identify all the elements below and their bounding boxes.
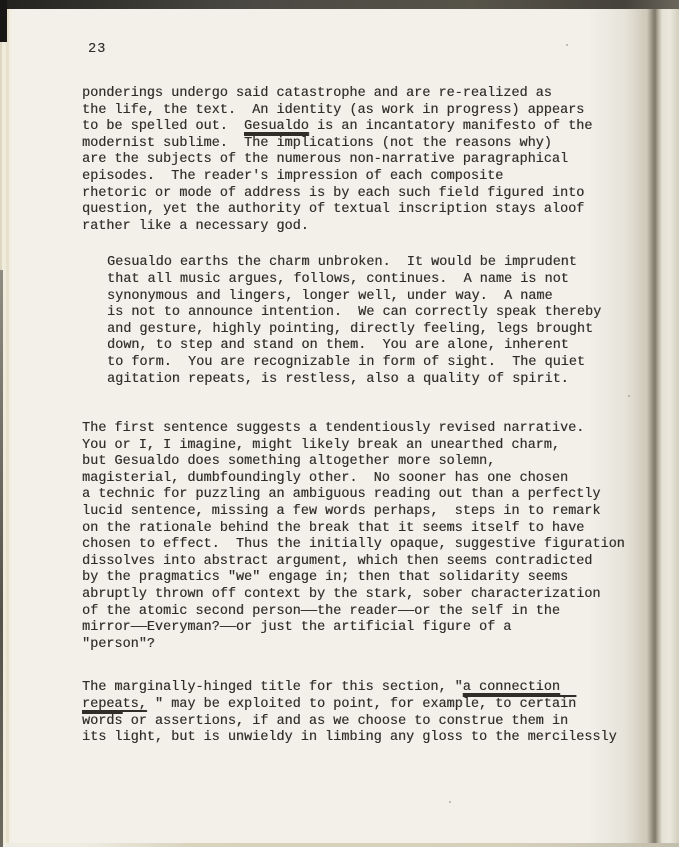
text-segment: chosen to effect. Thus the initially opa…	[82, 537, 625, 552]
page-bottom-edge	[0, 843, 679, 847]
text-line: question, yet the authority of textual i…	[82, 202, 630, 219]
text-segment: The marginally-hinged title for this sec…	[82, 680, 463, 695]
text-line: down, to step and stand on them. You are…	[107, 338, 630, 355]
text-line: and gesture, highly pointing, directly f…	[107, 322, 630, 339]
overlined-text: words	[82, 714, 123, 729]
text-line: by the pragmatics "we" engage in; then t…	[82, 570, 630, 587]
text-segment: by the pragmatics "we" engage in; then t…	[82, 570, 568, 585]
text-line: abruptly thrown off context by the stark…	[82, 587, 630, 604]
text-line: mirror——Everyman?——or just the artificia…	[82, 620, 630, 637]
text-line: words or assertions, if and as we choose…	[82, 714, 630, 731]
text-line: rhetoric or mode of address is by each s…	[82, 186, 630, 203]
text-segment: down, to step and stand on them. You are…	[107, 338, 569, 353]
text-line: episodes. The reader's impression of eac…	[82, 169, 630, 186]
page-number: 23	[88, 42, 106, 57]
text-segment: is an incantatory manifesto of the	[309, 119, 593, 134]
text-segment: ponderings undergo said catastrophe and …	[82, 86, 552, 101]
text-segment: You or I, I imagine, might likely break …	[82, 438, 560, 453]
text-line: to be spelled out. Gesualdo is an incant…	[82, 119, 630, 136]
text-line: The first sentence suggests a tendentiou…	[82, 421, 630, 438]
paragraph: The marginally-hinged title for this sec…	[82, 680, 630, 746]
text-line: the life, the text. An identity (as work…	[82, 103, 630, 120]
text-line: lucid sentence, missing a few words perh…	[82, 504, 630, 521]
text-segment: to be spelled out.	[82, 119, 244, 134]
text-line: magisterial, dumbfoundingly other. No so…	[82, 471, 630, 488]
text-segment: is not to announce intention. We can cor…	[107, 305, 601, 320]
text-segment: Gesualdo earths the charm unbroken. It w…	[107, 255, 577, 270]
text-line: modernist sublime. The implications (not…	[82, 136, 630, 153]
text-line: "person"?	[82, 637, 630, 654]
scan-left-edge-line	[0, 270, 3, 847]
underlined-text: a connection	[463, 680, 560, 695]
text-line: its light, but is unwieldy in limbing an…	[82, 730, 630, 747]
block-quote-paragraph: Gesualdo earths the charm unbroken. It w…	[82, 255, 630, 388]
text-line: to form. You are recognizable in form of…	[107, 355, 630, 372]
text-line: Gesualdo earths the charm unbroken. It w…	[107, 255, 630, 272]
text-line: rather like a necessary god.	[82, 219, 630, 236]
text-line: repeats, " may be exploited to point, fo…	[82, 697, 630, 714]
text-line: a technic for puzzling an ambiguous read…	[82, 487, 630, 504]
text-line: synonymous and lingers, longer well, und…	[107, 289, 630, 306]
underlined-text: Gesualdo	[244, 119, 309, 134]
text-segment: rather like a necessary god.	[82, 219, 309, 234]
scan-top-edge	[0, 0, 679, 9]
text-segment: to form. You are recognizable in form of…	[107, 355, 585, 370]
paragraph: ponderings undergo said catastrophe and …	[82, 86, 630, 235]
text-segment: the life, the text. An identity (as work…	[82, 103, 584, 118]
overlined-text: The impl	[244, 136, 309, 151]
scan-speck	[449, 801, 451, 803]
text-segment: lucid sentence, missing a few words perh…	[82, 504, 600, 519]
scanned-book-page: 23 ponderings undergo said catastrophe a…	[0, 0, 679, 847]
text-line: are the subjects of the numerous non-nar…	[82, 152, 630, 169]
text-segment: synonymous and lingers, longer well, und…	[107, 289, 553, 304]
text-segment: a technic for puzzling an ambiguous read…	[82, 487, 600, 502]
text-line: that all music argues, follows, continue…	[107, 272, 630, 289]
text-segment: episodes. The reader's impression of eac…	[82, 169, 503, 184]
text-segment: dissolves into abstract argument, which …	[82, 554, 592, 569]
paragraph: The first sentence suggests a tendentiou…	[82, 421, 630, 653]
text-segment: of the atomic second person——the reader—…	[82, 604, 560, 619]
text-segment: rhetoric or mode of address is by each s…	[82, 186, 584, 201]
text-segment: agitation repeats, is restless, also a q…	[107, 372, 569, 387]
page-content: ponderings undergo said catastrophe and …	[82, 86, 630, 747]
text-line: on the rationale behind the break that i…	[82, 521, 630, 538]
text-line: You or I, I imagine, might likely break …	[82, 438, 630, 455]
text-segment: or assertions, if and as we choose to co…	[123, 714, 569, 729]
text-segment: " may be exploited to point, for examp	[147, 697, 463, 712]
text-line: agitation repeats, is restless, also a q…	[107, 372, 630, 389]
text-segment: its light, but is unwieldy in limbing an…	[82, 730, 617, 745]
text-line: of the atomic second person——the reader—…	[82, 604, 630, 621]
text-line: dissolves into abstract argument, which …	[82, 554, 630, 571]
text-segment: The first sentence suggests a tendentiou…	[82, 421, 584, 436]
text-line: chosen to effect. Thus the initially opa…	[82, 537, 630, 554]
text-segment: mirror——Everyman?——or just the artificia…	[82, 620, 511, 635]
text-line: but Gesualdo does something altogether m…	[82, 454, 630, 471]
text-segment: modernist sublime.	[82, 136, 244, 151]
overlined-text: le, to certain	[463, 697, 576, 712]
scan-top-left-corner	[0, 0, 7, 42]
text-segment: and gesture, highly pointing, directly f…	[107, 322, 593, 337]
text-segment: are the subjects of the numerous non-nar…	[82, 152, 568, 167]
scan-speck	[566, 44, 568, 46]
text-segment: question, yet the authority of textual i…	[82, 202, 584, 217]
text-segment: magisterial, dumbfoundingly other. No so…	[82, 471, 568, 486]
text-line: The marginally-hinged title for this sec…	[82, 680, 630, 697]
text-segment: ications (not the reasons why)	[309, 136, 552, 151]
text-segment: "person"?	[82, 637, 155, 652]
text-line: is not to announce intention. We can cor…	[107, 305, 630, 322]
underlined-text: repeats,	[82, 697, 147, 712]
text-segment: abruptly thrown off context by the stark…	[82, 587, 600, 602]
text-segment: on the rationale behind the break that i…	[82, 521, 584, 536]
text-segment: but Gesualdo does something altogether m…	[82, 454, 495, 469]
text-line: ponderings undergo said catastrophe and …	[82, 86, 630, 103]
text-segment: that all music argues, follows, continue…	[107, 272, 569, 287]
